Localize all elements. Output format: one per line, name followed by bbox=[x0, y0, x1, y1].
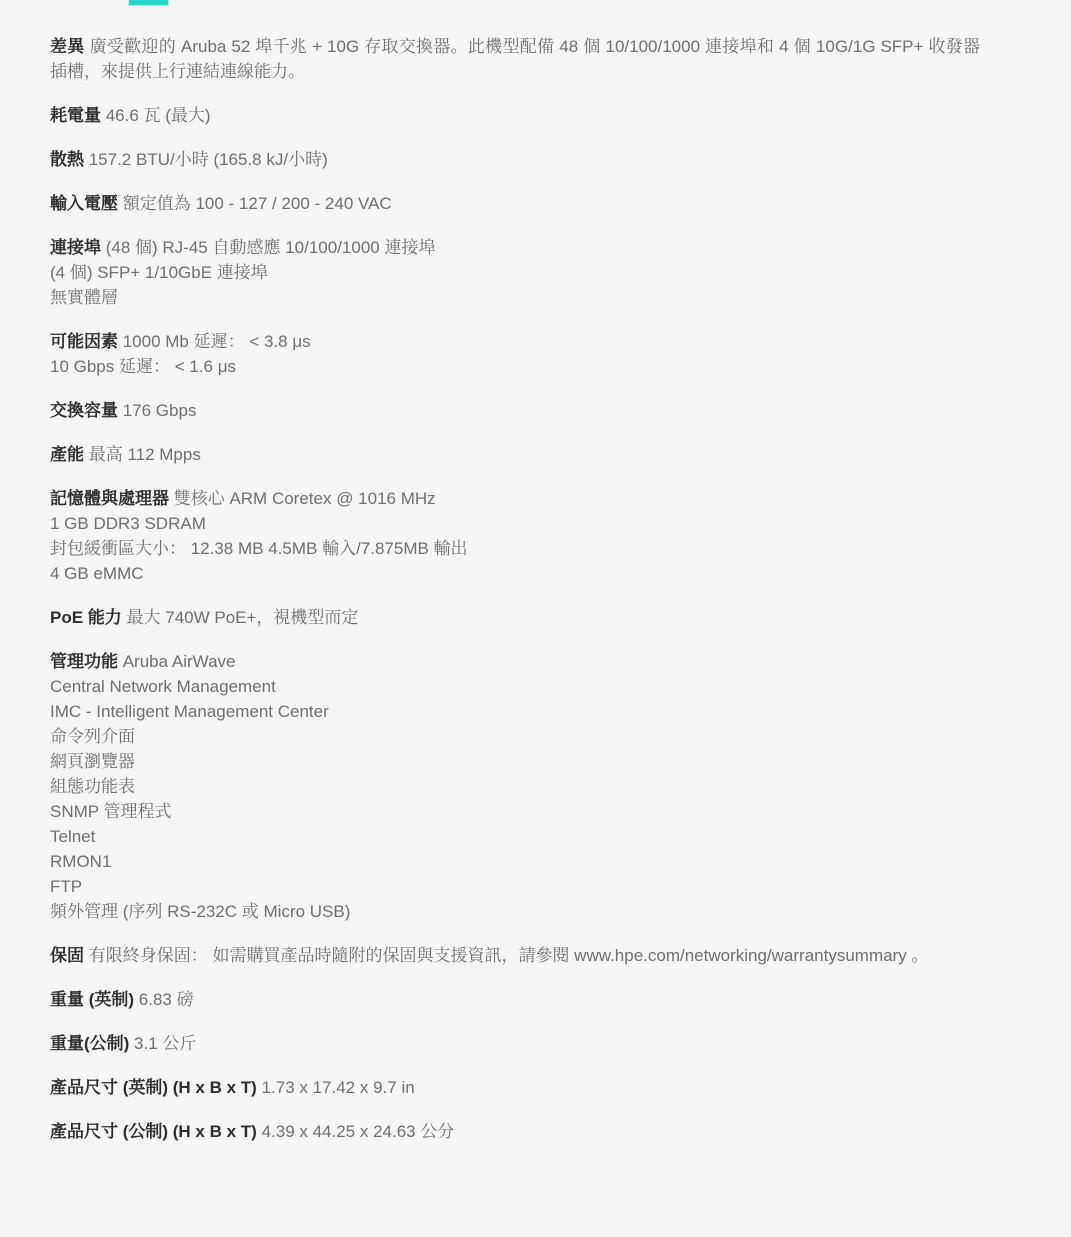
spec-label: 重量 (英制) bbox=[50, 990, 134, 1009]
spec-row: 輸入電壓 額定值為 100 - 127 / 200 - 240 VAC bbox=[50, 191, 980, 216]
spec-extra-line: 無實體層 bbox=[50, 285, 980, 310]
spec-label: 產品尺寸 (公制) (H x B x T) bbox=[50, 1122, 257, 1141]
spec-label: 產品尺寸 (英制) (H x B x T) bbox=[50, 1078, 257, 1097]
spec-value: 有限終身保固： 如需購買產品時隨附的保固與支援資訊，請參閱 www.hpe.co… bbox=[84, 946, 928, 965]
spec-label: 重量(公制) bbox=[50, 1034, 129, 1053]
spec-first-line: 管理功能 Aruba AirWave bbox=[50, 649, 980, 674]
spec-first-line: 重量(公制) 3.1 公斤 bbox=[50, 1031, 980, 1056]
spec-extra-line: FTP bbox=[50, 874, 980, 899]
spec-extra-line: Central Network Management bbox=[50, 674, 980, 699]
spec-row: 差異 廣受歡迎的 Aruba 52 埠千兆 + 10G 存取交換器。此機型配備 … bbox=[50, 34, 980, 84]
spec-first-line: 保固 有限終身保固： 如需購買產品時隨附的保固與支援資訊，請參閱 www.hpe… bbox=[50, 943, 980, 968]
spec-first-line: PoE 能力 最大 740W PoE+，視機型而定 bbox=[50, 605, 980, 630]
spec-value: 1000 Mb 延遲： < 3.8 μs bbox=[118, 332, 311, 351]
spec-value: 157.2 BTU/小時 (165.8 kJ/小時) bbox=[84, 150, 328, 169]
spec-value: 4.39 x 44.25 x 24.63 公分 bbox=[257, 1122, 455, 1141]
spec-row: 產能 最高 112 Mpps bbox=[50, 442, 980, 467]
spec-value: 176 Gbps bbox=[118, 401, 196, 420]
spec-value: 雙核心 ARM Coretex @ 1016 MHz bbox=[169, 489, 436, 508]
spec-first-line: 產能 最高 112 Mpps bbox=[50, 442, 980, 467]
spec-row: 重量 (英制) 6.83 磅 bbox=[50, 987, 980, 1012]
spec-first-line: 交換容量 176 Gbps bbox=[50, 398, 980, 423]
spec-label: 可能因素 bbox=[50, 332, 118, 351]
spec-first-line: 輸入電壓 額定值為 100 - 127 / 200 - 240 VAC bbox=[50, 191, 980, 216]
spec-extra-line: 4 GB eMMC bbox=[50, 561, 980, 586]
spec-value: 3.1 公斤 bbox=[129, 1034, 196, 1053]
spec-label: 耗電量 bbox=[50, 106, 101, 125]
spec-first-line: 產品尺寸 (英制) (H x B x T) 1.73 x 17.42 x 9.7… bbox=[50, 1075, 980, 1100]
spec-label: 產能 bbox=[50, 445, 84, 464]
spec-label: 記憶體與處理器 bbox=[50, 489, 169, 508]
spec-row: 耗電量 46.6 瓦 (最大) bbox=[50, 103, 980, 128]
spec-extra-line: 封包緩衝區大小： 12.38 MB 4.5MB 輸入/7.875MB 輸出 bbox=[50, 536, 980, 561]
product-spec-page: 差異 廣受歡迎的 Aruba 52 埠千兆 + 10G 存取交換器。此機型配備 … bbox=[0, 0, 1071, 1237]
spec-label: 輸入電壓 bbox=[50, 194, 118, 213]
spec-label: PoE 能力 bbox=[50, 608, 122, 627]
spec-extra-line: 命令列介面 bbox=[50, 724, 980, 749]
spec-row: 產品尺寸 (英制) (H x B x T) 1.73 x 17.42 x 9.7… bbox=[50, 1075, 980, 1100]
spec-first-line: 產品尺寸 (公制) (H x B x T) 4.39 x 44.25 x 24.… bbox=[50, 1119, 980, 1144]
spec-extra-line: 10 Gbps 延遲： < 1.6 μs bbox=[50, 354, 980, 379]
spec-extra-line: RMON1 bbox=[50, 849, 980, 874]
spec-row: 記憶體與處理器 雙核心 ARM Coretex @ 1016 MHz 1 GB … bbox=[50, 486, 980, 586]
selected-tab-indicator[interactable] bbox=[128, 0, 169, 6]
spec-extra-line: 1 GB DDR3 SDRAM bbox=[50, 511, 980, 536]
spec-row: 可能因素 1000 Mb 延遲： < 3.8 μs 10 Gbps 延遲： < … bbox=[50, 329, 980, 379]
spec-label: 管理功能 bbox=[50, 652, 118, 671]
spec-row: 連接埠 (48 個) RJ-45 自動感應 10/100/1000 連接埠 (4… bbox=[50, 235, 980, 310]
spec-extra-line: 頻外管理 (序列 RS-232C 或 Micro USB) bbox=[50, 899, 980, 924]
spec-value: (48 個) RJ-45 自動感應 10/100/1000 連接埠 bbox=[101, 238, 435, 257]
spec-first-line: 可能因素 1000 Mb 延遲： < 3.8 μs bbox=[50, 329, 980, 354]
spec-value: 最高 112 Mpps bbox=[84, 445, 201, 464]
spec-first-line: 差異 廣受歡迎的 Aruba 52 埠千兆 + 10G 存取交換器。此機型配備 … bbox=[50, 34, 980, 84]
spec-row: 重量(公制) 3.1 公斤 bbox=[50, 1031, 980, 1056]
spec-value: 最大 740W PoE+，視機型而定 bbox=[122, 608, 359, 627]
spec-value: 廣受歡迎的 Aruba 52 埠千兆 + 10G 存取交換器。此機型配備 48 … bbox=[50, 37, 980, 81]
spec-value: 46.6 瓦 (最大) bbox=[101, 106, 211, 125]
spec-label: 散熱 bbox=[50, 150, 84, 169]
spec-extra-line: SNMP 管理程式 bbox=[50, 799, 980, 824]
spec-list: 差異 廣受歡迎的 Aruba 52 埠千兆 + 10G 存取交換器。此機型配備 … bbox=[0, 0, 1071, 1144]
spec-row: 產品尺寸 (公制) (H x B x T) 4.39 x 44.25 x 24.… bbox=[50, 1119, 980, 1144]
spec-row: 管理功能 Aruba AirWave Central Network Manag… bbox=[50, 649, 980, 924]
spec-row: 保固 有限終身保固： 如需購買產品時隨附的保固與支援資訊，請參閱 www.hpe… bbox=[50, 943, 980, 968]
spec-row: 散熱 157.2 BTU/小時 (165.8 kJ/小時) bbox=[50, 147, 980, 172]
spec-label: 保固 bbox=[50, 946, 84, 965]
spec-label: 差異 bbox=[50, 37, 85, 56]
spec-extra-line: 組態功能表 bbox=[50, 774, 980, 799]
spec-row: 交換容量 176 Gbps bbox=[50, 398, 980, 423]
spec-first-line: 耗電量 46.6 瓦 (最大) bbox=[50, 103, 980, 128]
spec-label: 交換容量 bbox=[50, 401, 118, 420]
spec-row: PoE 能力 最大 740W PoE+，視機型而定 bbox=[50, 605, 980, 630]
spec-value: 額定值為 100 - 127 / 200 - 240 VAC bbox=[118, 194, 392, 213]
spec-value: Aruba AirWave bbox=[118, 652, 235, 671]
spec-first-line: 重量 (英制) 6.83 磅 bbox=[50, 987, 980, 1012]
spec-extra-line: (4 個) SFP+ 1/10GbE 連接埠 bbox=[50, 260, 980, 285]
spec-first-line: 散熱 157.2 BTU/小時 (165.8 kJ/小時) bbox=[50, 147, 980, 172]
spec-value: 6.83 磅 bbox=[134, 990, 194, 1009]
spec-first-line: 記憶體與處理器 雙核心 ARM Coretex @ 1016 MHz bbox=[50, 486, 980, 511]
spec-extra-line: 網頁瀏覽器 bbox=[50, 749, 980, 774]
spec-first-line: 連接埠 (48 個) RJ-45 自動感應 10/100/1000 連接埠 bbox=[50, 235, 980, 260]
spec-value: 1.73 x 17.42 x 9.7 in bbox=[257, 1078, 415, 1097]
spec-extra-line: IMC - Intelligent Management Center bbox=[50, 699, 980, 724]
spec-extra-line: Telnet bbox=[50, 824, 980, 849]
spec-label: 連接埠 bbox=[50, 238, 101, 257]
